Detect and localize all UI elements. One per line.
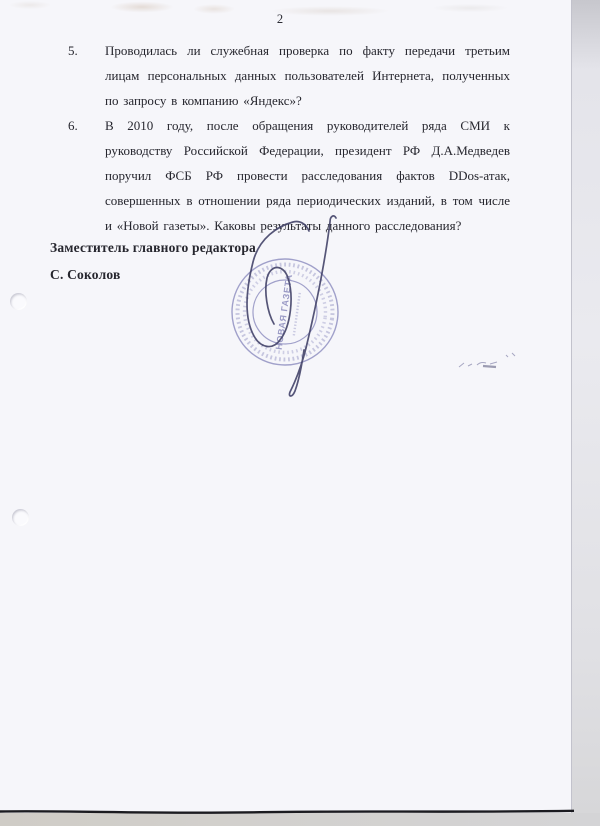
question-item-5: 5. Проводилась ли служебная проверка по … bbox=[68, 38, 510, 113]
signature-block: Заместитель главного редактора С. Соколо… bbox=[50, 234, 256, 288]
punch-hole-bottom bbox=[12, 509, 29, 526]
scanner-background-right bbox=[572, 0, 600, 826]
signer-name: С. Соколов bbox=[50, 261, 256, 288]
question-text: В 2010 году, после обращения руководител… bbox=[105, 113, 510, 238]
page-number: 2 bbox=[0, 12, 560, 27]
scanner-background-bottom bbox=[0, 813, 600, 826]
punch-hole-top bbox=[10, 293, 27, 310]
scanned-document-page: 2 5. Проводилась ли служебная проверка п… bbox=[0, 0, 600, 826]
paper-sheet: 2 5. Проводилась ли служебная проверка п… bbox=[0, 0, 572, 813]
question-number: 6. bbox=[68, 113, 105, 238]
question-list: 5. Проводилась ли служебная проверка по … bbox=[68, 38, 510, 238]
question-text: Проводилась ли служебная проверка по фак… bbox=[105, 38, 510, 113]
question-item-6: 6. В 2010 году, после обращения руководи… bbox=[68, 113, 510, 238]
signer-title: Заместитель главного редактора bbox=[50, 234, 256, 261]
question-number: 5. bbox=[68, 38, 105, 113]
